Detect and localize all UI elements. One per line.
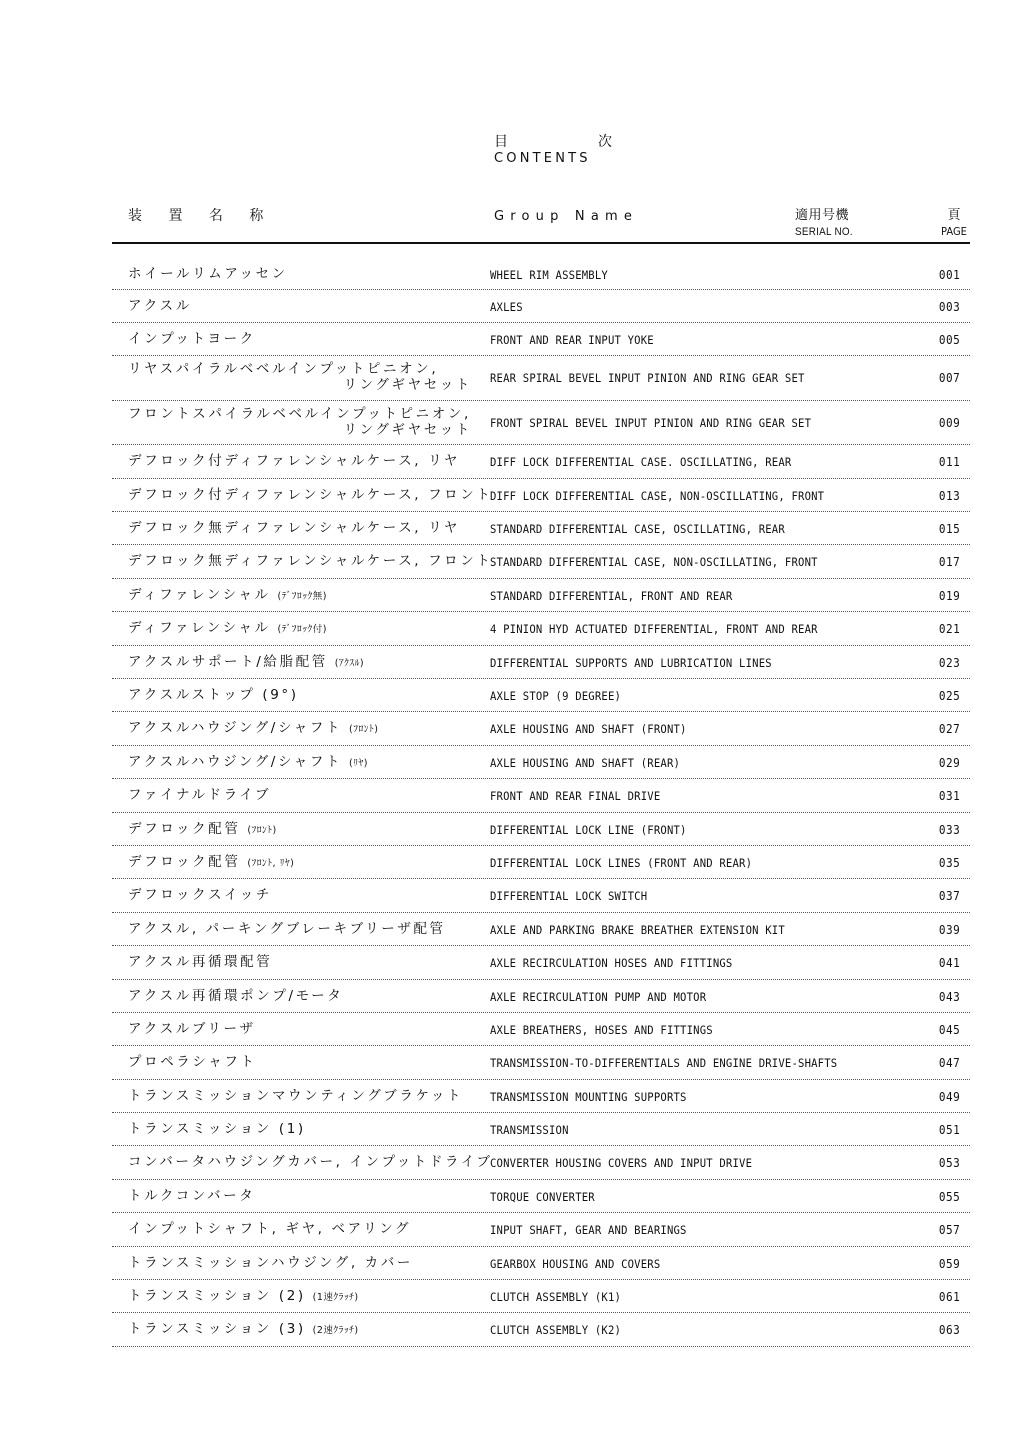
row-group-name: GEARBOX HOUSING AND COVERS <box>490 1257 660 1271</box>
table-row: トルクコンバータTORQUE CONVERTER055 <box>112 1180 970 1213</box>
row-jp-name: アクスルブリーザ <box>128 1021 256 1037</box>
row-jp-name: アクスル再循環配管 <box>128 954 272 970</box>
row-jp-name-text: コンバータハウジングカバー, インプットドライブ <box>128 1154 493 1170</box>
table-row: アクスルサポート/給脂配管 (ｱｸｽﾙ)DIFFERENTIAL SUPPORT… <box>112 646 970 679</box>
row-page-number: 013 <box>939 489 960 503</box>
row-jp-name-note: (ｱｸｽﾙ) <box>335 658 364 669</box>
row-jp-name: デフロック無ディファレンシャルケース, リヤ <box>128 520 460 536</box>
row-jp-name: トランスミッション (2) (1速ｸﾗｯﾁ) <box>128 1288 359 1306</box>
row-jp-name: アクスルサポート/給脂配管 (ｱｸｽﾙ) <box>128 654 364 672</box>
table-row: ディファレンシャル (ﾃﾞﾌﾛｯｸ付)4 PINION HYD ACTUATED… <box>112 612 970 645</box>
row-group-name: AXLE AND PARKING BRAKE BREATHER EXTENSIO… <box>490 923 785 937</box>
row-jp-name-text: デフロック無ディファレンシャルケース, フロント <box>128 553 492 569</box>
row-group-name: 4 PINION HYD ACTUATED DIFFERENTIAL, FRON… <box>490 622 818 636</box>
row-jp-name: トランスミッションマウンティングブラケット <box>128 1088 463 1104</box>
table-row: デフロック配管 (ﾌﾛﾝﾄ, ﾘﾔ)DIFFERENTIAL LOCK LINE… <box>112 846 970 879</box>
row-jp-name: プロペラシャフト <box>128 1054 257 1070</box>
row-page-number: 043 <box>939 990 960 1004</box>
row-page-number: 023 <box>939 656 960 670</box>
row-jp-name-line2: リングギヤセット <box>128 422 472 438</box>
row-jp-name-note: (ﾃﾞﾌﾛｯｸ付) <box>278 624 327 635</box>
row-page-number: 025 <box>939 689 960 703</box>
row-group-name: INPUT SHAFT, GEAR AND BEARINGS <box>490 1223 687 1237</box>
row-page-number: 033 <box>939 823 960 837</box>
row-page-number: 059 <box>939 1257 960 1271</box>
row-jp-name-text: デフロックスイッチ <box>128 887 272 903</box>
table-row: アクスルハウジング/シャフト (ﾌﾛﾝﾄ)AXLE HOUSING AND SH… <box>112 712 970 745</box>
table-row: プロペラシャフトTRANSMISSION-TO-DIFFERENTIALS AN… <box>112 1046 970 1079</box>
row-page-number: 029 <box>939 756 960 770</box>
table-row: デフロック配管 (ﾌﾛﾝﾄ)DIFFERENTIAL LOCK LINE (FR… <box>112 813 970 846</box>
row-group-name: FRONT AND REAR FINAL DRIVE <box>490 789 660 803</box>
row-page-number: 039 <box>939 923 960 937</box>
row-jp-name: トランスミッション (3) (2速ｸﾗｯﾁ) <box>128 1321 359 1339</box>
row-jp-name-text: トランスミッション (1) <box>128 1121 306 1137</box>
row-page-number: 041 <box>939 956 960 970</box>
row-group-name: TORQUE CONVERTER <box>490 1190 595 1204</box>
row-group-name: DIFF LOCK DIFFERENTIAL CASE, NON-OSCILLA… <box>490 489 824 503</box>
table-row: リヤスパイラルベベルインプットピニオン,リングギヤセットREAR SPIRAL … <box>112 356 970 401</box>
table-row: ディファレンシャル (ﾃﾞﾌﾛｯｸ無)STANDARD DIFFERENTIAL… <box>112 579 970 612</box>
row-jp-name: トランスミッションハウジング, カバー <box>128 1255 413 1271</box>
title-jp-char-1: 目 <box>494 133 508 151</box>
column-header-serial: 適用号機 SERIAL NO. <box>795 208 859 240</box>
row-jp-name-text: アクスルハウジング/シャフト <box>128 754 349 770</box>
table-row: トランスミッション (2) (1速ｸﾗｯﾁ)CLUTCH ASSEMBLY (K… <box>112 1280 970 1313</box>
row-jp-name-note: (ﾌﾛﾝﾄ) <box>247 825 276 836</box>
row-jp-name: デフロックスイッチ <box>128 887 272 903</box>
row-group-name: TRANSMISSION <box>490 1123 569 1137</box>
table-row: トランスミッション (1)TRANSMISSION051 <box>112 1113 970 1146</box>
row-group-name: DIFFERENTIAL LOCK LINE (FRONT) <box>490 823 687 837</box>
row-group-name: WHEEL RIM ASSEMBLY <box>490 268 608 282</box>
row-jp-name: ホイールリムアッセン <box>128 266 288 282</box>
row-jp-name: ディファレンシャル (ﾃﾞﾌﾛｯｸ無) <box>128 587 327 605</box>
row-group-name: STANDARD DIFFERENTIAL CASE, OSCILLATING,… <box>490 522 785 536</box>
row-jp-name: トルクコンバータ <box>128 1188 255 1204</box>
row-page-number: 003 <box>939 300 960 314</box>
row-jp-name: アクスルハウジング/シャフト (ﾘﾔ) <box>128 754 368 772</box>
row-jp-name-note: (ﾃﾞﾌﾛｯｸ無) <box>278 591 327 602</box>
table-row: デフロック付ディファレンシャルケース, フロントDIFF LOCK DIFFER… <box>112 479 970 512</box>
row-jp-name: アクスル <box>128 298 192 314</box>
row-jp-name-text: ディファレンシャル <box>128 587 278 603</box>
row-group-name: FRONT AND REAR INPUT YOKE <box>490 333 654 347</box>
row-page-number: 019 <box>939 589 960 603</box>
table-row: デフロック無ディファレンシャルケース, フロントSTANDARD DIFFERE… <box>112 545 970 578</box>
row-page-number: 049 <box>939 1090 960 1104</box>
row-group-name: AXLE HOUSING AND SHAFT (REAR) <box>490 756 680 770</box>
column-header-serial-jp: 適用号機 <box>795 208 859 224</box>
table-row: ファイナルドライブFRONT AND REAR FINAL DRIVE031 <box>112 779 970 812</box>
row-jp-name-text: デフロック配管 <box>128 821 247 837</box>
row-group-name: DIFFERENTIAL LOCK LINES (FRONT AND REAR) <box>490 856 752 870</box>
row-jp-name-text: アクスルブリーザ <box>128 1021 256 1037</box>
row-jp-name: ファイナルドライブ <box>128 787 271 803</box>
row-group-name: TRANSMISSION MOUNTING SUPPORTS <box>490 1090 687 1104</box>
row-jp-name-text: デフロック配管 <box>128 854 247 870</box>
row-jp-name-note: (1速ｸﾗｯﾁ) <box>313 1292 359 1303</box>
row-group-name: CONVERTER HOUSING COVERS AND INPUT DRIVE <box>490 1156 752 1170</box>
column-header-group-name: Group Name <box>494 209 638 225</box>
row-page-number: 053 <box>939 1156 960 1170</box>
column-header-serial-en: SERIAL NO. <box>795 224 853 240</box>
row-jp-name-text: アクスルハウジング/シャフト <box>128 720 349 736</box>
row-jp-name-note: (ﾌﾛﾝﾄ, ﾘﾔ) <box>247 858 294 869</box>
table-row: アクスルハウジング/シャフト (ﾘﾔ)AXLE HOUSING AND SHAF… <box>112 746 970 779</box>
row-page-number: 055 <box>939 1190 960 1204</box>
row-jp-name-text: アクスルサポート/給脂配管 <box>128 654 335 670</box>
row-jp-name: リヤスパイラルベベルインプットピニオン,リングギヤセット <box>128 361 472 393</box>
row-jp-name: ディファレンシャル (ﾃﾞﾌﾛｯｸ付) <box>128 620 327 638</box>
row-jp-name-text: トルクコンバータ <box>128 1188 255 1204</box>
contents-table: ホイールリムアッセンWHEEL RIM ASSEMBLY001アクスルAXLES… <box>112 258 970 1347</box>
row-jp-name-text: デフロック付ディファレンシャルケース, フロント <box>128 487 492 503</box>
row-page-number: 057 <box>939 1223 960 1237</box>
row-jp-name-note: (ﾘﾔ) <box>349 758 368 769</box>
row-group-name: TRANSMISSION-TO-DIFFERENTIALS AND ENGINE… <box>490 1056 837 1070</box>
row-page-number: 063 <box>939 1323 960 1337</box>
table-row: インプットヨークFRONT AND REAR INPUT YOKE005 <box>112 323 970 356</box>
row-jp-name-text: トランスミッション (2) <box>128 1288 313 1304</box>
row-group-name: STANDARD DIFFERENTIAL CASE, NON-OSCILLAT… <box>490 555 818 569</box>
row-group-name: DIFFERENTIAL SUPPORTS AND LUBRICATION LI… <box>490 656 772 670</box>
row-page-number: 011 <box>939 455 960 469</box>
row-page-number: 061 <box>939 1290 960 1304</box>
row-group-name: DIFF LOCK DIFFERENTIAL CASE. OSCILLATING… <box>490 455 791 469</box>
row-group-name: AXLE STOP (9 DEGREE) <box>490 689 621 703</box>
table-row: フロントスパイラルベベルインプットピニオン,リングギヤセットFRONT SPIR… <box>112 401 970 446</box>
title-en: CONTENTS <box>494 151 624 167</box>
table-row: トランスミッション (3) (2速ｸﾗｯﾁ)CLUTCH ASSEMBLY (K… <box>112 1313 970 1346</box>
column-header-page-en: PAGE <box>938 224 970 240</box>
row-jp-name-text: インプットヨーク <box>128 331 256 347</box>
row-jp-name-text: トランスミッションマウンティングブラケット <box>128 1088 463 1104</box>
row-page-number: 027 <box>939 722 960 736</box>
table-row: コンバータハウジングカバー, インプットドライブCONVERTER HOUSIN… <box>112 1146 970 1179</box>
row-jp-name-text: デフロック無ディファレンシャルケース, リヤ <box>128 520 460 536</box>
column-header-page-jp: 頁 <box>936 208 972 224</box>
column-header-page: 頁 PAGE <box>936 208 972 240</box>
row-jp-name-text: トランスミッションハウジング, カバー <box>128 1255 413 1271</box>
row-jp-name: デフロック配管 (ﾌﾛﾝﾄ) <box>128 821 277 839</box>
row-jp-name-text: ホイールリムアッセン <box>128 266 288 282</box>
row-group-name: CLUTCH ASSEMBLY (K2) <box>490 1323 621 1337</box>
row-jp-name: アクスル, パーキングブレーキブリーザ配管 <box>128 921 446 937</box>
row-jp-name: デフロック付ディファレンシャルケース, フロント <box>128 487 492 503</box>
row-jp-name-text: アクスル, パーキングブレーキブリーザ配管 <box>128 921 446 937</box>
row-jp-name-line2: リングギヤセット <box>128 377 472 393</box>
row-group-name: AXLES <box>490 300 523 314</box>
row-group-name: REAR SPIRAL BEVEL INPUT PINION AND RING … <box>490 371 805 385</box>
row-group-name: AXLE HOUSING AND SHAFT (FRONT) <box>490 722 687 736</box>
table-row: ホイールリムアッセンWHEEL RIM ASSEMBLY001 <box>112 258 970 290</box>
row-jp-name: インプットヨーク <box>128 331 256 347</box>
row-jp-name-text: インプットシャフト, ギヤ, ベアリング <box>128 1221 411 1237</box>
row-page-number: 017 <box>939 555 960 569</box>
row-jp-name: デフロック配管 (ﾌﾛﾝﾄ, ﾘﾔ) <box>128 854 294 872</box>
table-row: トランスミッションハウジング, カバーGEARBOX HOUSING AND C… <box>112 1247 970 1280</box>
row-group-name: STANDARD DIFFERENTIAL, FRONT AND REAR <box>490 589 732 603</box>
row-group-name: AXLE BREATHERS, HOSES AND FITTINGS <box>490 1023 713 1037</box>
table-row: インプットシャフト, ギヤ, ベアリングINPUT SHAFT, GEAR AN… <box>112 1213 970 1246</box>
row-page-number: 047 <box>939 1056 960 1070</box>
row-jp-name-note: (2速ｸﾗｯﾁ) <box>313 1325 359 1336</box>
row-jp-name-text: アクスル再循環ポンプ/モータ <box>128 988 343 1004</box>
row-jp-name: インプットシャフト, ギヤ, ベアリング <box>128 1221 411 1237</box>
row-page-number: 051 <box>939 1123 960 1137</box>
row-jp-name: アクスル再循環ポンプ/モータ <box>128 988 343 1004</box>
row-page-number: 009 <box>939 416 960 430</box>
row-page-number: 031 <box>939 789 960 803</box>
row-jp-name-text: アクスル再循環配管 <box>128 954 272 970</box>
row-page-number: 037 <box>939 889 960 903</box>
row-group-name: AXLE RECIRCULATION PUMP AND MOTOR <box>490 990 706 1004</box>
row-jp-name-text: デフロック付ディファレンシャルケース, リヤ <box>128 453 460 469</box>
row-jp-name-text: アクスルストップ (9°) <box>128 687 299 703</box>
row-jp-name: トランスミッション (1) <box>128 1121 306 1137</box>
row-jp-name-text: プロペラシャフト <box>128 1054 257 1070</box>
table-row: アクスルストップ (9°)AXLE STOP (9 DEGREE)025 <box>112 679 970 712</box>
row-page-number: 035 <box>939 856 960 870</box>
row-group-name: DIFFERENTIAL LOCK SWITCH <box>490 889 647 903</box>
row-jp-name: フロントスパイラルベベルインプットピニオン,リングギヤセット <box>128 406 472 438</box>
table-row: アクスルブリーザAXLE BREATHERS, HOSES AND FITTIN… <box>112 1013 970 1046</box>
row-page-number: 001 <box>939 268 960 282</box>
row-group-name: CLUTCH ASSEMBLY (K1) <box>490 1290 621 1304</box>
contents-title: 目 次 CONTENTS <box>494 133 624 167</box>
row-group-name: AXLE RECIRCULATION HOSES AND FITTINGS <box>490 956 732 970</box>
table-row: アクスルAXLES003 <box>112 290 970 323</box>
column-header-jp-name: 装 置 名 称 <box>128 208 274 224</box>
table-row: デフロック無ディファレンシャルケース, リヤSTANDARD DIFFERENT… <box>112 512 970 545</box>
row-jp-name-note: (ﾌﾛﾝﾄ) <box>349 724 378 735</box>
row-jp-name: アクスルハウジング/シャフト (ﾌﾛﾝﾄ) <box>128 720 378 738</box>
row-jp-name-text: ファイナルドライブ <box>128 787 271 803</box>
row-jp-name: デフロック無ディファレンシャルケース, フロント <box>128 553 492 569</box>
row-jp-name: デフロック付ディファレンシャルケース, リヤ <box>128 453 460 469</box>
row-jp-name: アクスルストップ (9°) <box>128 687 299 703</box>
title-jp-char-2: 次 <box>598 133 612 151</box>
header-divider <box>112 242 970 244</box>
row-page-number: 007 <box>939 371 960 385</box>
row-page-number: 045 <box>939 1023 960 1037</box>
row-jp-name-text: アクスル <box>128 298 192 314</box>
row-page-number: 005 <box>939 333 960 347</box>
table-row: デフロック付ディファレンシャルケース, リヤDIFF LOCK DIFFEREN… <box>112 445 970 478</box>
table-row: アクスル再循環配管AXLE RECIRCULATION HOSES AND FI… <box>112 946 970 979</box>
row-jp-name-text: フロントスパイラルベベルインプットピニオン, <box>128 406 471 422</box>
row-jp-name-text: トランスミッション (3) <box>128 1321 313 1337</box>
table-row: アクスル, パーキングブレーキブリーザ配管AXLE AND PARKING BR… <box>112 913 970 946</box>
table-row: トランスミッションマウンティングブラケットTRANSMISSION MOUNTI… <box>112 1080 970 1113</box>
table-row: アクスル再循環ポンプ/モータAXLE RECIRCULATION PUMP AN… <box>112 980 970 1013</box>
row-jp-name: コンバータハウジングカバー, インプットドライブ <box>128 1154 493 1170</box>
table-row: デフロックスイッチDIFFERENTIAL LOCK SWITCH037 <box>112 879 970 912</box>
title-jp: 目 次 <box>494 133 624 151</box>
row-page-number: 015 <box>939 522 960 536</box>
row-group-name: FRONT SPIRAL BEVEL INPUT PINION AND RING… <box>490 416 811 430</box>
row-page-number: 021 <box>939 622 960 636</box>
row-jp-name-text: ディファレンシャル <box>128 620 278 636</box>
row-jp-name-text: リヤスパイラルベベルインプットピニオン, <box>128 361 438 377</box>
